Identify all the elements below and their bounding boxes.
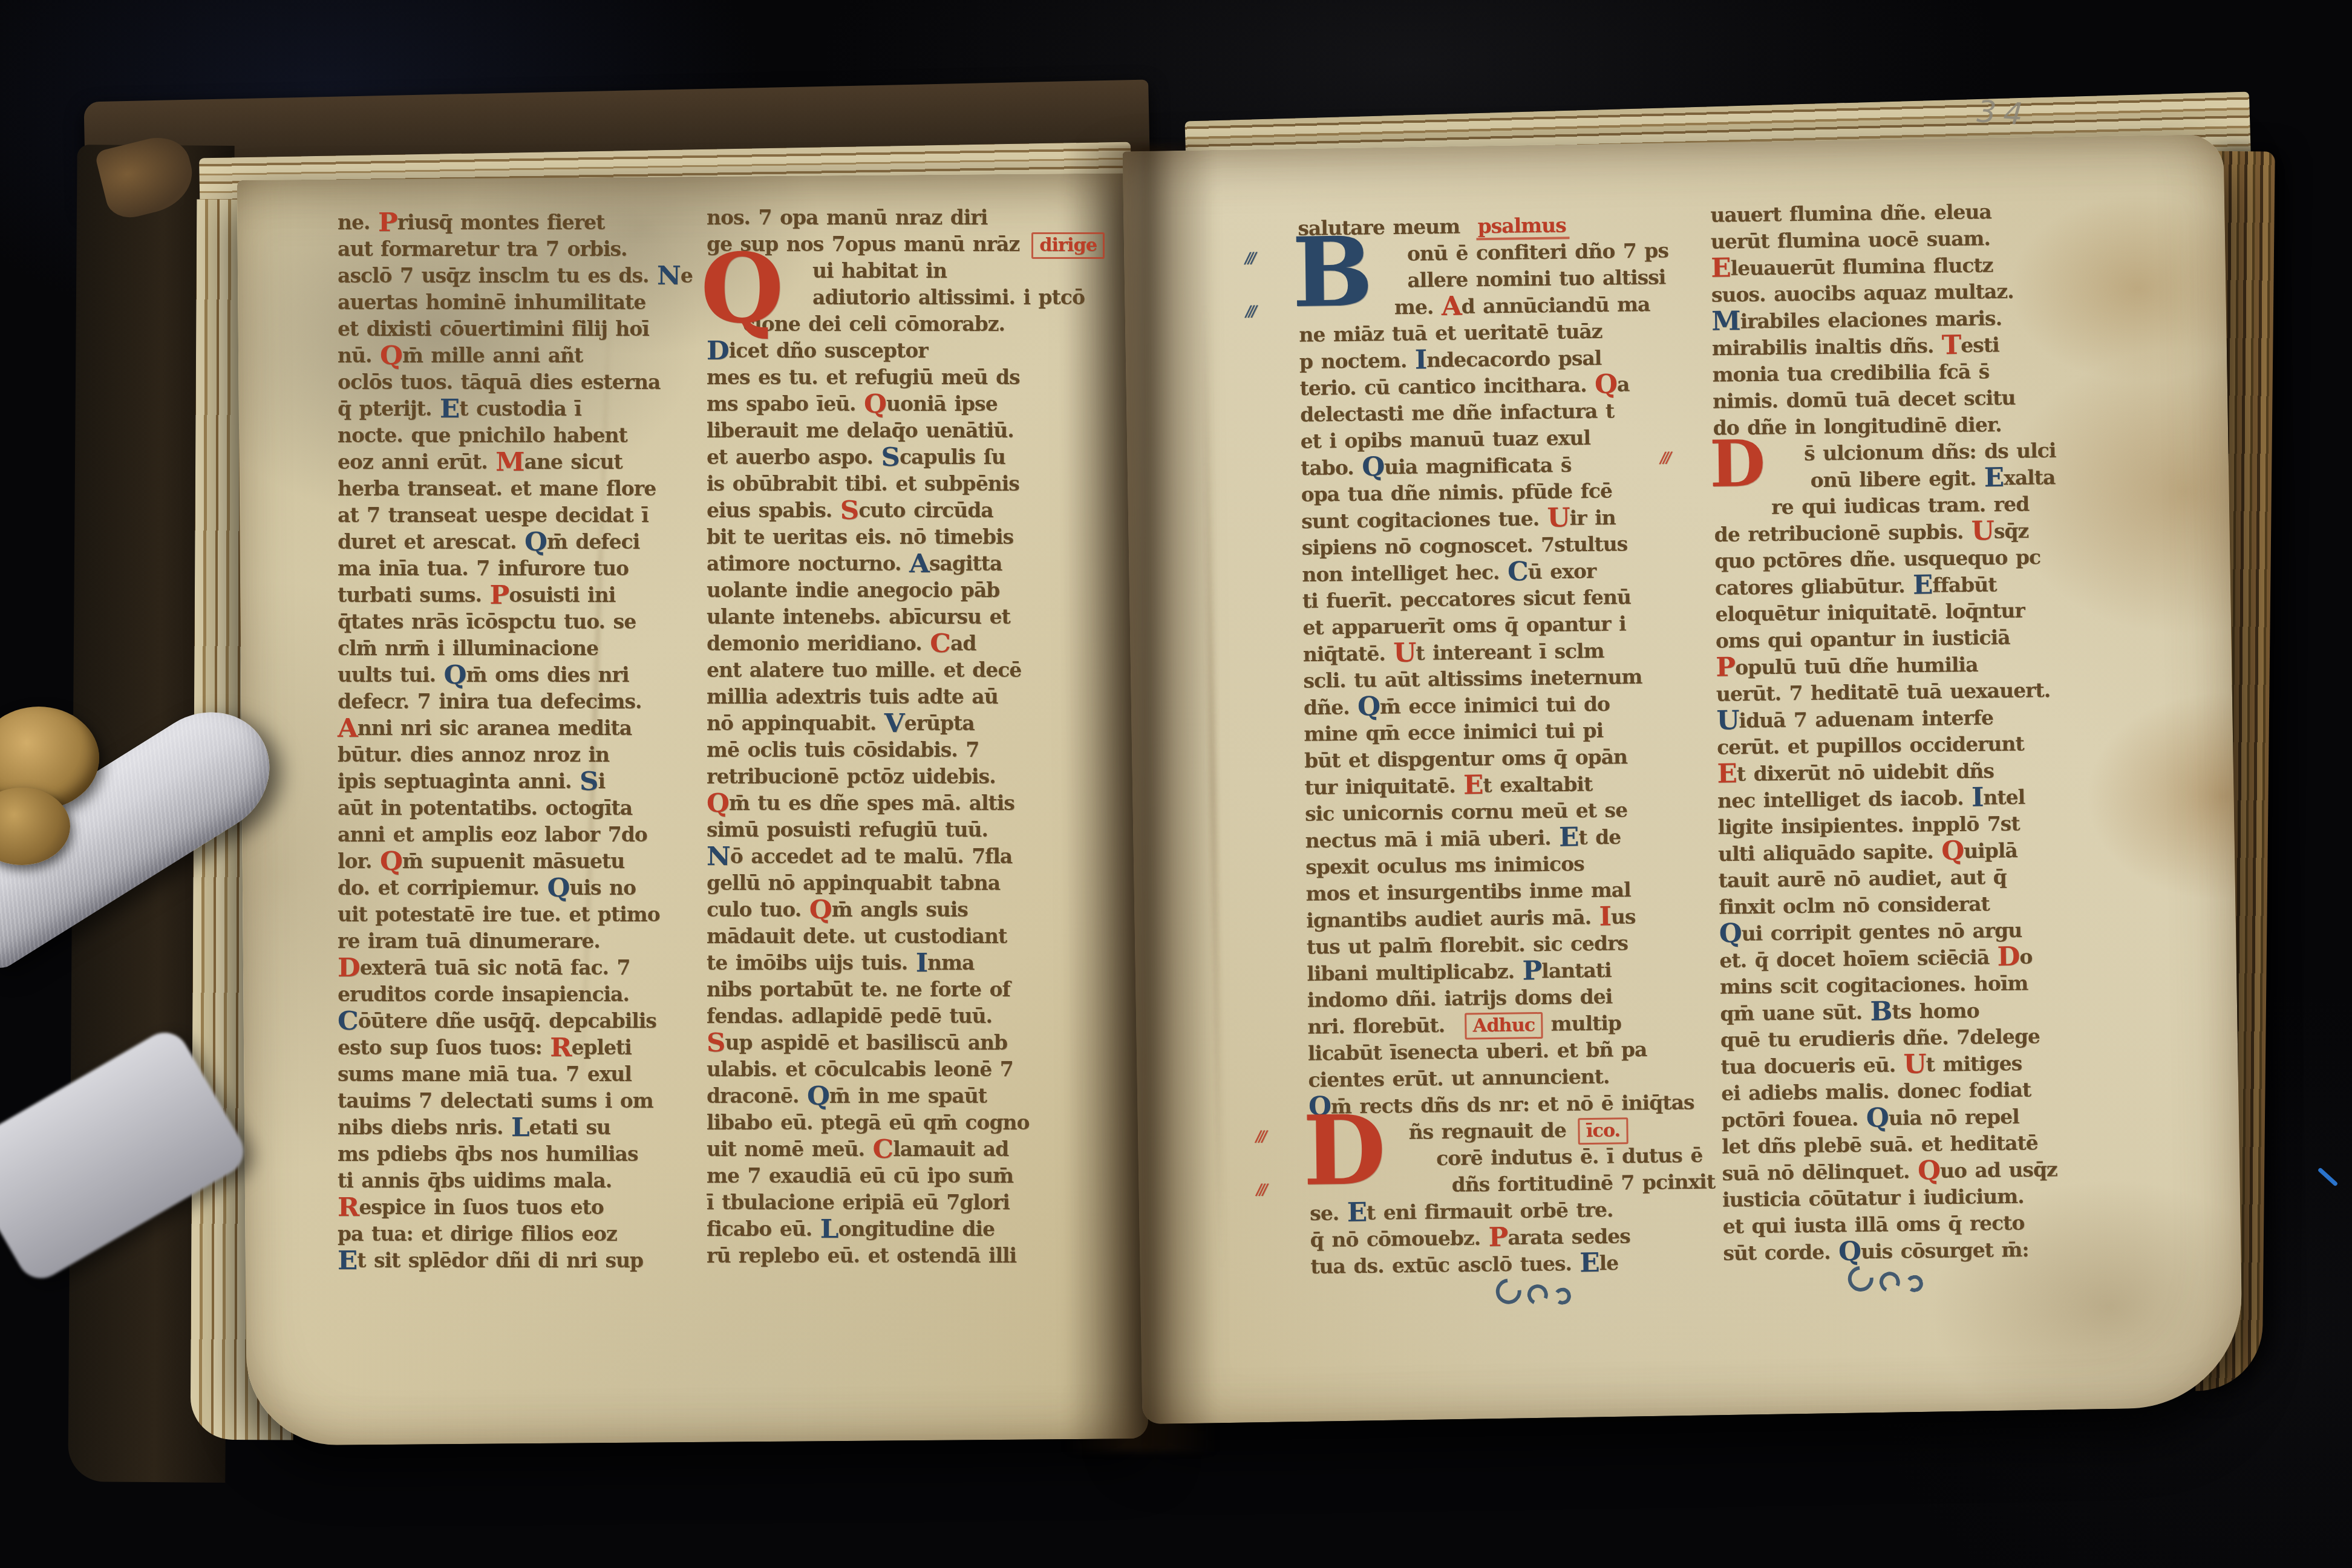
text-line: terio. cū cantico incithara. Qa [1299,370,1674,402]
text-line: pctōri fouea. Quia nō repel [1721,1102,2096,1134]
blue-fiber [2318,1168,2338,1187]
text-line: mine qm̄ ecce inimici tui pi [1304,716,1679,748]
text-line: auertas hominē inhumilitate [338,289,688,316]
text-line: mes es tu. et refugiū meū ds [707,364,1076,391]
text-line: nectus mā i miā uberi. Et de [1305,823,1680,854]
text-line: oms qui opantur in iusticiā [1716,623,2091,655]
text-line: uerūt. 7 heditatē tuā uexauert. [1716,676,2091,708]
text-line: eius spabis. Scuto circūda [707,497,1076,524]
text-line: Cōūtere dñe usq̄q̄. depcabilis [338,1008,688,1034]
text-line [1723,1262,2099,1293]
text-line: indomo dñi. iatrijs doms dei [1307,982,1682,1014]
text-line: oclōs tuos. tāquā dies esterna [338,369,688,396]
text-line: uauert flumina dñe. eleua [1710,197,2085,229]
text-line: Et sit splēdor dñi di nri sup [338,1247,688,1274]
text-line: būtur. dies annoz nroz in [338,742,688,768]
text-line: qm̄ uane sūt. Bts homo [1720,996,2095,1027]
pen-flourish-icon [1496,1278,1572,1305]
text-line: mē oclis tuis cōsidabis. 7 [707,737,1076,763]
text-line: ulante intenebs. abīcursu et [707,604,1076,630]
text-line: sums mane miā tua. 7 exul [338,1061,688,1088]
illuminated-initial: Q [701,254,783,325]
text-line: būt et dispgentur oms q̄ opān [1304,743,1679,774]
right-page-column-1: salutare meum psalmusB///onū ē confiteri… [1298,211,1686,1306]
text-line: nos. 7 opa manū nraz diri [707,204,1076,231]
text-line: mādauit dete. ut custodiant [707,923,1076,950]
text-line: opa tua dñe nimis. pfūde fcē [1301,477,1676,508]
text-line: culo tuo. Qm̄ angls suis [707,897,1076,923]
text-line: re qui iudicas tram. red [1714,490,2089,521]
text-line: niq̄tatē. Ut intereant ī sclm [1303,636,1678,668]
text-line: herba transeat. et mane flore [338,475,688,502]
text-line: onū libere egit. Exalta [1713,463,2088,495]
text-line: tua docueris eū. Ut mitiges [1720,1049,2096,1080]
text-line: non intelliget hec. Cū exor [1302,557,1677,588]
text-line: ma inīa tua. 7 infurore tuo [338,555,688,582]
text-line: D///ñs regnauit deīco. [1308,1116,1684,1147]
text-line: q̄ nō cōmouebz. Parata sedes [1310,1222,1685,1253]
text-line: let dñs plebē suā. et heditatē [1722,1129,2097,1160]
text-line: q̄ pterijt. Et custodia ī [338,396,688,422]
text-line: simū posuisti refugiū tuū. [707,817,1076,843]
pencil-folio-number: 34 [1976,94,2031,132]
text-line: Nō accedet ad te malū. 7fla [707,843,1076,870]
text-line: at 7 transeat uespe decidat ī [338,502,688,529]
text-line: ignantibs audiet auris mā. Ius [1306,903,1681,934]
text-line: Mirabiles elaciones maris. [1711,304,2086,335]
text-line: tauims 7 delectati sums i om [338,1088,688,1114]
text-line: anni et amplis eoz labor 7do [338,822,688,848]
text-line: nū. Qm̄ mille anni añt [338,342,688,369]
text-line: Uiduā 7 aduenam interfe [1716,703,2091,734]
text-line: demonio meridiano. Cad [707,630,1076,657]
text-line: iusticia cōūtatur i iudicium. [1722,1182,2097,1214]
text-line: et i opibs manuū tuaz exul [1300,423,1675,455]
text-line: sūt corde. Quis cōsurget m̄: [1723,1235,2098,1267]
text-line: tur iniquitatē. Et exaltabit [1304,769,1679,801]
text-line: Respice in ſuos tuos eto [338,1194,688,1221]
text-line: ulabis. et cōculcabis leonē 7 [707,1056,1076,1083]
text-line: sic unicornis cornu meū et se [1305,796,1680,828]
text-line: ti fuerīt. peccatores sicut fenū [1302,583,1677,615]
text-line: esto sup ſuos tuos: Repleti [338,1034,688,1061]
text-line: tua ds. extūc asclō tues. Ele [1310,1249,1685,1280]
text-line: et. q̄ docet hoīem sciēciā Do [1719,942,2094,974]
text-line: pa tua: et dirige filios eoz [338,1221,688,1247]
text-line: scli. tu aūt altissims ineternum [1303,663,1678,694]
text-line: ms pdiebs q̄bs nos humilias [338,1141,688,1168]
text-line: nō appinquabit. Verūpta [707,710,1076,737]
text-line: mirabilis inaltis dñs. Testi [1712,330,2087,362]
right-page-column-2: uauert flumina dñe. eleuauerūt flumina u… [1710,197,2099,1293]
text-line: libabo eū. ptegā eū qm̄ cogno [707,1109,1076,1136]
text-line: asclō 7 usq̄z insclm tu es ds. Ne [338,263,688,289]
text-line: millia adextris tuis adte aū [707,684,1076,710]
gutter-shadow [1065,145,1216,1452]
text-line: Sup aspidē et basiliscū anb [707,1030,1076,1056]
text-line: defecr. 7 inira tua defecims. [338,688,688,715]
text-line: bit te ueritas eis. nō timebis [707,524,1076,550]
text-line: fendas. adlapidē pedē tuū. [707,1003,1076,1030]
text-line: do. et corripiemur. Quis no [338,875,688,901]
text-line: Eleuauerūt flumina fluctz [1711,250,2086,282]
text-line: Populū tuū dñe humilia [1716,650,2091,681]
text-line: eruditos corde insapiencia. [338,981,688,1008]
text-line: eoz anni erūt. Mane sicut [338,449,688,475]
text-line: spexit oculus ms inimicos [1305,849,1681,881]
text-line: cerūt. et pupillos occiderunt [1717,730,2092,761]
text-line: re iram tuā dinumerare. [338,928,688,955]
text-line: et dixisti cōuertimini filij hoī [338,316,688,342]
text-line: ti annis q̄bs uidims mala. [338,1168,688,1194]
text-line: uerūt flumina uocē suam. [1711,224,2086,255]
left-page-column-2: nos. 7 opa manū nraz dirige sup nos 7opu… [707,204,1076,1269]
text-line: retribucionē pctōz uidebis. [707,763,1076,790]
text-line [1311,1275,1686,1307]
text-line: ent alatere tuo mille. et decē [707,657,1076,684]
text-line: liberauit me delaq̄o uenātiū. [707,417,1076,444]
text-line: delectasti me dñe infactura t [1300,397,1675,428]
text-line: uolante indie anegocio pāb [707,577,1076,604]
text-line: suos. auocibs aquaz multaz. [1711,277,2086,309]
text-line: ficabo eū. Longitudine die [707,1216,1076,1243]
text-line: mos et insurgentibs inme mal [1305,876,1681,907]
text-line: draconē. Qm̄ in me spaūt [707,1083,1076,1109]
text-line: suā nō dēlinquet. Quo ad usq̄z [1722,1155,2097,1187]
text-line: duret et arescat. Qm̄ defeci [338,529,688,555]
margin-hatch-mark-icon: /// [1256,1177,1266,1203]
text-line: D///s̄ ulcionum dñs: ds ulci [1713,437,2088,468]
text-line: uit nomē meū. Clamauit ad [707,1136,1076,1163]
text-line: lor. Qm̄ supuenit māsuetu [338,848,688,875]
text-line: ulti aliquādo sapite. Quiplā [1718,836,2093,867]
text-line: ī tbulacione eripiā eū 7glori [707,1189,1076,1216]
text-line: do dñe in longitudinē dier. [1713,410,2088,442]
margin-hatch-mark-icon: /// [1246,298,1255,325]
margin-hatch-mark-icon: /// [1660,445,1670,471]
text-line: catores gliabūtur. Effabūt [1715,570,2090,601]
text-line: ei adiebs malis. donec fodiat [1721,1076,2096,1107]
illuminated-initial: D [1302,1116,1385,1187]
text-line: aūt in potentatibs. octogīta [338,795,688,822]
text-line: et qui iusta illā oms q̄ recto [1722,1209,2097,1240]
text-line: ms spabo īeū. Quoniā ipse [707,391,1076,417]
text-line: nri. florebūt. Adhuc multip [1307,1009,1682,1040]
margin-hatch-mark-icon: /// [1255,1123,1265,1150]
text-line: rū replebo eū. et ostendā illi [707,1243,1076,1269]
text-line: ne. Priusq̄ montes fieret [338,209,688,236]
text-line: nimis. domū tuā decet scitu [1713,384,2088,415]
text-line: Qui habitat in [707,258,1076,284]
text-line: te imōibs uijs tuis. Inma [707,950,1076,976]
text-line: tauit aurē nō audiet, aut q̄ [1718,863,2093,894]
text-line: Dexterā tuā sic notā fac. 7 [338,955,688,981]
text-line: sipiens nō cognoscet. 7stultus [1301,530,1676,561]
text-line: Qm̄ tu es dñe spes mā. altis [707,790,1076,817]
text-line: Et dixerūt nō uidebit dñs [1717,756,2092,788]
text-line: atimore nocturno. Asagitta [707,550,1076,577]
text-line: is obūbrabit tibi. et subpēnis [707,471,1076,497]
text-line: uults tui. Qm̄ oms dies nri [338,662,688,688]
text-line: nocte. que pnichilo habent [338,422,688,449]
photograph-of-open-manuscript: ne. Priusq̄ montes fieretaut formaretur … [0,0,2352,1568]
text-line: monia tua credibilia fcā s̄ [1712,357,2087,388]
text-line: quo pctōres dñe. usquequo pc [1714,543,2089,575]
margin-hatch-mark-icon: /// [1245,245,1255,272]
text-line: finxit oclm nō considerat [1719,889,2094,921]
text-line: aut formaretur tra 7 orbis. [338,236,688,263]
text-line: q̄tates nrās īcōspctu tuo. se [338,609,688,635]
text-line: turbati sums. Posuisti ini [338,582,688,609]
text-line: eloquētur iniquitatē. loq̄ntur [1715,596,2090,628]
text-line: de retribucionē supbis. Usq̄z [1714,517,2089,548]
text-line: uit potestatē ire tue. et ptimo [338,901,688,928]
illuminated-initial: D [1710,440,1765,488]
text-line: et apparuerīt oms q̄ opantur i [1302,610,1677,641]
text-line: Anni nri sic aranea medita [338,715,688,742]
text-line: sunt cogitaciones tue. Uir in [1301,503,1676,535]
text-line: tus ut palm̄ florebit. sic cedrs [1307,929,1682,961]
left-page-column-1: ne. Priusq̄ montes fieretaut formaretur … [338,209,688,1274]
text-line: Qui corripit gentes nō argu [1719,916,2094,947]
text-line: clm̄ nrm̄ i illuminacione [338,635,688,662]
text-line: p noctem. Indecacordo psal [1299,344,1674,375]
text-line: nec intelliget ds iacob. Intel [1717,783,2092,814]
text-line: nibs portabūt te. ne forte of [707,976,1076,1003]
text-line: gellū nō appinquabit tabna [707,870,1076,897]
text-line: et auerbo aspo. Scapulis ſu [707,444,1076,471]
text-line: cientes erūt. ut annuncient. [1308,1062,1683,1094]
text-line: libani multiplicabz. Plantati [1307,956,1682,987]
text-line: ligite insipientes. inpplō 7st [1717,809,2092,841]
text-line: nibs diebs nris. Letati su [338,1114,688,1141]
text-line: me 7 exaudiā eū cū ipo sum̄ [707,1163,1076,1189]
text-line: B///onū ē confiteri dño 7 ps [1298,237,1673,269]
text-line: ipis septuaginta anni. Si [338,768,688,795]
text-line: mins scit cogitaciones. hoīm [1720,969,2095,1001]
illuminated-initial: B [1292,237,1373,309]
text-line: dñe. Qm̄ ecce inimici tui do [1304,690,1679,721]
text-line: licabūt īsenecta uberi. et bñ pa [1308,1036,1683,1067]
text-line: tabo. Quia magnificata s̄ [1301,450,1676,482]
pen-flourish-icon [1848,1266,1924,1293]
